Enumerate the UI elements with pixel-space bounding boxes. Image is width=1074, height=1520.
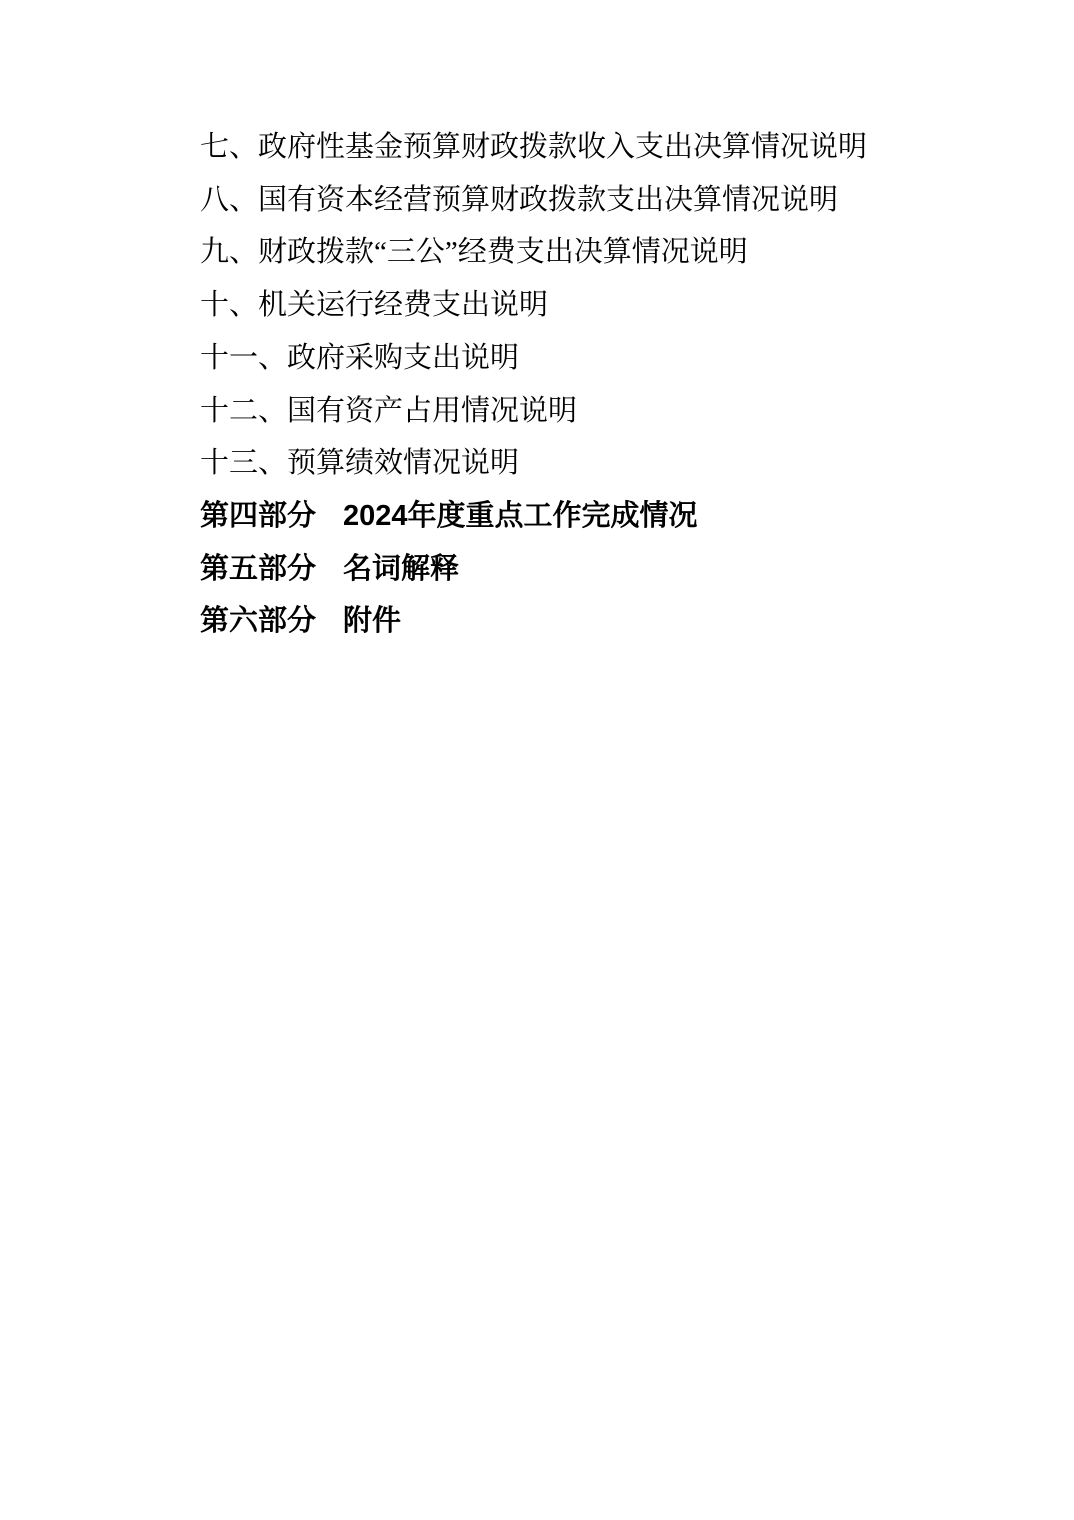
document-page: 七、政府性基金预算财政拨款收入支出决算情况说明 八、国有资本经营预算财政拨款支出… bbox=[0, 0, 1074, 1520]
toc-part-heading-6: 第六部分附件 bbox=[200, 595, 1014, 648]
toc-item-9: 九、财政拨款“三公”经费支出决算情况说明 bbox=[200, 226, 1014, 279]
toc-part-heading-5: 第五部分名词解释 bbox=[200, 543, 1014, 596]
part-title: 附件 bbox=[343, 605, 401, 637]
part-title: 名词解释 bbox=[343, 553, 459, 585]
toc-item-8: 八、国有资本经营预算财政拨款支出决算情况说明 bbox=[200, 174, 1014, 227]
toc-part-heading-4: 第四部分2024年度重点工作完成情况 bbox=[200, 490, 1014, 543]
toc-item-13: 十三、预算绩效情况说明 bbox=[200, 437, 1014, 490]
table-of-contents: 七、政府性基金预算财政拨款收入支出决算情况说明 八、国有资本经营预算财政拨款支出… bbox=[200, 121, 1014, 648]
toc-item-10: 十、机关运行经费支出说明 bbox=[200, 279, 1014, 332]
part-label: 第五部分 bbox=[200, 553, 316, 585]
part-label: 第六部分 bbox=[200, 605, 316, 637]
part-title: 2024年度重点工作完成情况 bbox=[343, 500, 698, 532]
part-label: 第四部分 bbox=[200, 500, 316, 532]
toc-item-12: 十二、国有资产占用情况说明 bbox=[200, 385, 1014, 438]
toc-item-11: 十一、政府采购支出说明 bbox=[200, 332, 1014, 385]
toc-item-7: 七、政府性基金预算财政拨款收入支出决算情况说明 bbox=[200, 121, 1014, 174]
